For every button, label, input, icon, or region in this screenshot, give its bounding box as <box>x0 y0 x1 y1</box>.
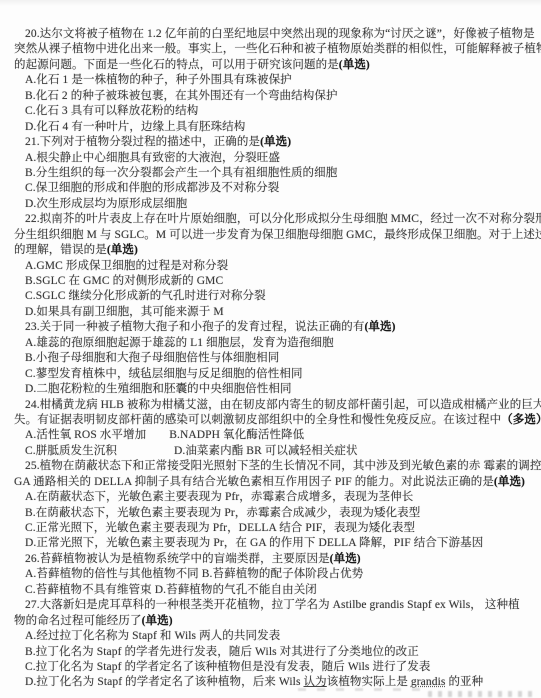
text-segment: 分生组织细胞 M 与 SGLC。M 可以进一步发育为保卫细胞母细胞 GMC，最终… <box>14 229 541 241</box>
text-segment: GA 通路相关的 DELLA 抑制子具有结合光敏色素相互作用因子 PIF 的能力… <box>14 476 494 488</box>
text-line: C.苔藓植物不具有维管束 D.苔藓植物的气孔不能自由关闭 <box>14 583 534 598</box>
text-line: D.如果具有副卫细胞，其可能来源于 M <box>14 305 534 320</box>
text-line: GA 通路相关的 DELLA 抑制子具有结合光敏色素相互作用因子 PIF 的能力… <box>14 475 534 490</box>
text-segment: 21.下列对于植物分裂过程的描述中，正确的是 <box>25 136 260 148</box>
text-segment: grandis <box>411 676 446 688</box>
text-segment: C.SGLC 继续分化形成新的气孔时进行对称分裂 <box>25 290 266 302</box>
scan-artifact <box>428 691 538 697</box>
text-segment: C.蓼型发育植株中，绒毡层细胞与反足细胞的倍性相同 <box>25 368 303 380</box>
text-segment: D.正常光照下，光敏色素主要表现为 Pr，在 GA 的作用下 DELLA 降解，… <box>25 537 483 549</box>
scan-edge-shading <box>0 0 541 6</box>
column-gap <box>117 453 174 454</box>
text-line: C.拉丁化名为 Stapf 的学者定名了该种植物但是没有发表，随后 Wils 进… <box>14 660 534 675</box>
text-line: C.化石 3 具有可以释放花粉的结构 <box>14 104 534 119</box>
text-segment: D.如果具有副卫细胞，其可能来源于 M <box>25 306 224 318</box>
text-line: C.胼胝质发生沉积D.油菜素内酯 BR 可以减轻相关症状 <box>14 444 534 459</box>
text-line: B.在荫蔽状态下，光敏色素主要表现为 Pr，赤霉素合成减少，表现为矮化表型 <box>14 506 534 521</box>
question-type-tag: (单选) <box>364 321 395 333</box>
text-segment: 失。有证据表明韧皮部杆菌的感染可以刺激韧皮部组织中的全身性和慢性免疫反应。在该过… <box>14 414 501 426</box>
text-segment: C.苔藓植物不具有维管束 D.苔藓植物的气孔不能自由关闭 <box>25 584 317 596</box>
text-line: 20.达尔文将被子植物在 1.2 亿年前的白垩纪地层中突然出现的现象称为“讨厌之… <box>14 27 534 42</box>
question-type-tag: (单选) <box>260 136 291 148</box>
text-segment: B.SGLC 在 GMC 的对侧形成新的 GMC <box>25 275 223 287</box>
text-line: A.GMC 形成保卫细胞的过程是对称分裂 <box>14 259 534 274</box>
text-line: 的起源问题。下面是一些化石的特点，可以用于研究该问题的是(单选) <box>14 58 534 73</box>
text-segment: A.雄蕊的孢原细胞起源于雄蕊的 L1 细胞层，发育为造孢细胞 <box>25 337 334 349</box>
column-gap <box>146 437 169 438</box>
text-line: 的理解，错误的是(单选) <box>14 243 534 258</box>
text-line: D.正常光照下，光敏色素主要表现为 Pr，在 GA 的作用下 DELLA 降解，… <box>14 536 534 551</box>
text-line: 25.植物在荫蔽状态下和正常接受阳光照射下茎的生长情况不同，其中涉及到光敏色素的… <box>14 459 534 474</box>
text-segment: 的理解，错误的是 <box>14 244 107 256</box>
text-line: B.SGLC 在 GMC 的对侧形成新的 GMC <box>14 274 534 289</box>
question-type-tag: (单选) <box>494 476 525 488</box>
text-segment: 24.柑橘黄龙病 HLB 被称为柑橘艾滋，由在韧皮部内寄生的韧皮部杆菌引起，可以… <box>25 399 541 411</box>
text-segment: A.GMC 形成保卫细胞的过程是对称分裂 <box>25 260 228 272</box>
text-segment: A.活性氧 ROS 水平增加 <box>25 429 146 441</box>
text-segment: B.在荫蔽状态下，光敏色素主要表现为 Pr，赤霉素合成减少，表现为矮化表型 <box>25 507 420 519</box>
text-line: 突然从裸子植物中进化出来一般。事实上，一些化石种和被子植物原始类群的相似性，可能… <box>14 42 534 57</box>
text-segment: B.小孢子母细胞和大孢子母细胞倍性与体细胞相同 <box>25 352 279 364</box>
text-line: D.次生形成层均为原形成层细胞 <box>14 197 534 212</box>
text-segment: A.根尖静止中心细胞具有致密的大液泡，分裂旺盛 <box>25 152 280 164</box>
scanned-exam-page: 20.达尔文将被子植物在 1.2 亿年前的白垩纪地层中突然出现的现象称为“讨厌之… <box>0 0 541 698</box>
scan-artifact <box>298 688 426 691</box>
text-line: C.SGLC 继续分化形成新的气孔时进行对称分裂 <box>14 289 534 304</box>
text-segment: C.拉丁化名为 Stapf 的学者定名了该种植物但是没有发表，随后 Wils 进… <box>25 661 430 673</box>
question-type-tag: (单选) <box>107 244 138 256</box>
text-line: 21.下列对于植物分裂过程的描述中，正确的是(单选) <box>14 135 534 150</box>
text-line: A.活性氧 ROS 水平增加B.NADPH 氧化酶活性降低 <box>14 428 534 443</box>
text-line: D.拉丁化名为 Stapf 的学者定名了该种植物，后来 Wils 认为该植物实际… <box>14 675 534 690</box>
text-segment: A.在荫蔽状态下，光敏色素主要表现为 Pfr，赤霉素合成增多，表现为茎伸长 <box>25 491 413 503</box>
question-type-tag: (单选) <box>142 615 173 627</box>
text-line: A.苔藓植物的倍性与其他植物不同 B.苔藓植物的配子体阶段占优势 <box>14 567 534 582</box>
text-segment: 突然从裸子植物中进化出来一般。事实上，一些化石种和被子植物原始类群的相似性，可能… <box>14 43 541 55</box>
text-segment: 的起源问题。下面是一些化石的特点，可以用于研究该问题的是 <box>14 59 339 71</box>
text-line: 失。有证据表明韧皮部杆菌的感染可以刺激韧皮部组织中的全身性和慢性免疫反应。在该过… <box>14 413 534 428</box>
text-segment: 物的命名过程可能经历了 <box>14 615 142 627</box>
text-line: 22.拟南芥的叶片表皮上存在叶片原始细胞，可以分化形成拟分生母细胞 MMC，经过… <box>14 212 534 227</box>
text-segment: C.保卫细胞的形成和伴胞的形成都涉及不对称分裂 <box>25 182 279 194</box>
text-line: A.根尖静止中心细胞具有致密的大液泡，分裂旺盛 <box>14 151 534 166</box>
text-segment: C.化石 3 具有可以释放花粉的结构 <box>25 105 198 117</box>
text-line: A.在荫蔽状态下，光敏色素主要表现为 Pfr，赤霉素合成增多，表现为茎伸长 <box>14 490 534 505</box>
text-line: C.保卫细胞的形成和伴胞的形成都涉及不对称分裂 <box>14 181 534 196</box>
text-segment: A.化石 1 是一株植物的种子，种子外围具有珠被保护 <box>25 74 292 86</box>
text-segment: C.胼胝质发生沉积 <box>25 445 117 457</box>
text-segment: 22.拟南芥的叶片表皮上存在叶片原始细胞，可以分化形成拟分生母细胞 MMC，经过… <box>25 213 541 225</box>
text-line: A.经过拉丁化名称为 Stapf 和 Wils 两人的共同发表 <box>14 629 534 644</box>
text-segment: 25.植物在荫蔽状态下和正常接受阳光照射下茎的生长情况不同，其中涉及到光敏色素的… <box>25 460 541 472</box>
question-type-tag: (单选) <box>339 59 370 71</box>
question-type-tag: (单选) <box>330 553 361 565</box>
text-segment: A.苔藓植物的倍性与其他植物不同 B.苔藓植物的配子体阶段占优势 <box>25 568 363 580</box>
text-segment: 该植物实际上是 <box>327 676 411 688</box>
text-line: 23.关于同一种被子植物大孢子和小孢子的发育过程，说法正确的有(单选) <box>14 320 534 335</box>
text-segment: B.分生组织的每一次分裂都会产生一个具有祖细胞性质的细胞 <box>25 167 337 179</box>
text-line: B.化石 2 的种子被珠被包裹，在其外围还有一个弯曲结构保护 <box>14 89 534 104</box>
text-line: B.分生组织的每一次分裂都会产生一个具有祖细胞性质的细胞 <box>14 166 534 181</box>
text-segment: B.化石 2 的种子被珠被包裹，在其外围还有一个弯曲结构保护 <box>25 90 338 102</box>
text-line: C.蓼型发育植株中，绒毡层细胞与反足细胞的倍性相同 <box>14 367 534 382</box>
text-segment: B.拉丁化名为 Stapf 的学者先进行发表，随后 Wils 对其进行了分类地位… <box>25 646 419 658</box>
text-line: B.小孢子母细胞和大孢子母细胞倍性与体细胞相同 <box>14 351 534 366</box>
text-segment: A.经过拉丁化名称为 Stapf 和 Wils 两人的共同发表 <box>25 630 280 642</box>
text-segment: 26.苔藓植物被认为是植物系统学中的盲端类群，主要原因是 <box>25 553 330 565</box>
text-segment: 的亚种 <box>445 676 483 688</box>
text-line: A.化石 1 是一株植物的种子，种子外围具有珠被保护 <box>14 73 534 88</box>
text-line: C.正常光照下，光敏色素主要表现为 Pfr，DELLA 结合 PIF，表现为矮化… <box>14 521 534 536</box>
document-lines: 20.达尔文将被子植物在 1.2 亿年前的白垩纪地层中突然出现的现象称为“讨厌之… <box>14 27 534 691</box>
text-segment: D.次生形成层均为原形成层细胞 <box>25 198 187 210</box>
text-segment: 认为 <box>304 676 327 688</box>
text-line: D.二胞花粉粒的生殖细胞和胚囊的中央细胞倍性相同 <box>14 382 534 397</box>
text-segment: D.化石 4 有一种叶片，边缘上具有胚珠结构 <box>25 121 245 133</box>
text-segment: D.油菜素内酯 BR 可以减轻相关症状 <box>174 445 358 457</box>
text-line: 26.苔藓植物被认为是植物系统学中的盲端类群，主要原因是(单选) <box>14 552 534 567</box>
text-line: 分生组织细胞 M 与 SGLC。M 可以进一步发育为保卫细胞母细胞 GMC，最终… <box>14 228 534 243</box>
text-segment: 27.大落新妇是虎耳草科的一种根茎类开花植物，拉丁学名为 Astilbe gra… <box>25 599 520 611</box>
text-segment: D.拉丁化名为 Stapf 的学者定名了该种植物，后来 Wils <box>25 676 304 688</box>
text-line: 24.柑橘黄龙病 HLB 被称为柑橘艾滋，由在韧皮部内寄生的韧皮部杆菌引起，可以… <box>14 398 534 413</box>
text-line: 物的命名过程可能经历了(单选) <box>14 614 534 629</box>
text-line: A.雄蕊的孢原细胞起源于雄蕊的 L1 细胞层，发育为造孢细胞 <box>14 336 534 351</box>
text-line: 27.大落新妇是虎耳草科的一种根茎类开花植物，拉丁学名为 Astilbe gra… <box>14 598 534 613</box>
text-line: B.拉丁化名为 Stapf 的学者先进行发表，随后 Wils 对其进行了分类地位… <box>14 645 534 660</box>
text-segment: 20.达尔文将被子植物在 1.2 亿年前的白垩纪地层中突然出现的现象称为“讨厌之… <box>25 28 535 40</box>
text-line: D.化石 4 有一种叶片，边缘上具有胚珠结构 <box>14 120 534 135</box>
text-segment: D.二胞花粉粒的生殖细胞和胚囊的中央细胞倍性相同 <box>25 383 292 395</box>
text-segment: C.正常光照下，光敏色素主要表现为 Pfr，DELLA 结合 PIF，表现为矮化… <box>25 522 415 534</box>
text-segment: 23.关于同一种被子植物大孢子和小孢子的发育过程，说法正确的有 <box>25 321 364 333</box>
text-segment: B.NADPH 氧化酶活性降低 <box>169 429 304 441</box>
question-type-tag: （多选） <box>501 414 541 426</box>
